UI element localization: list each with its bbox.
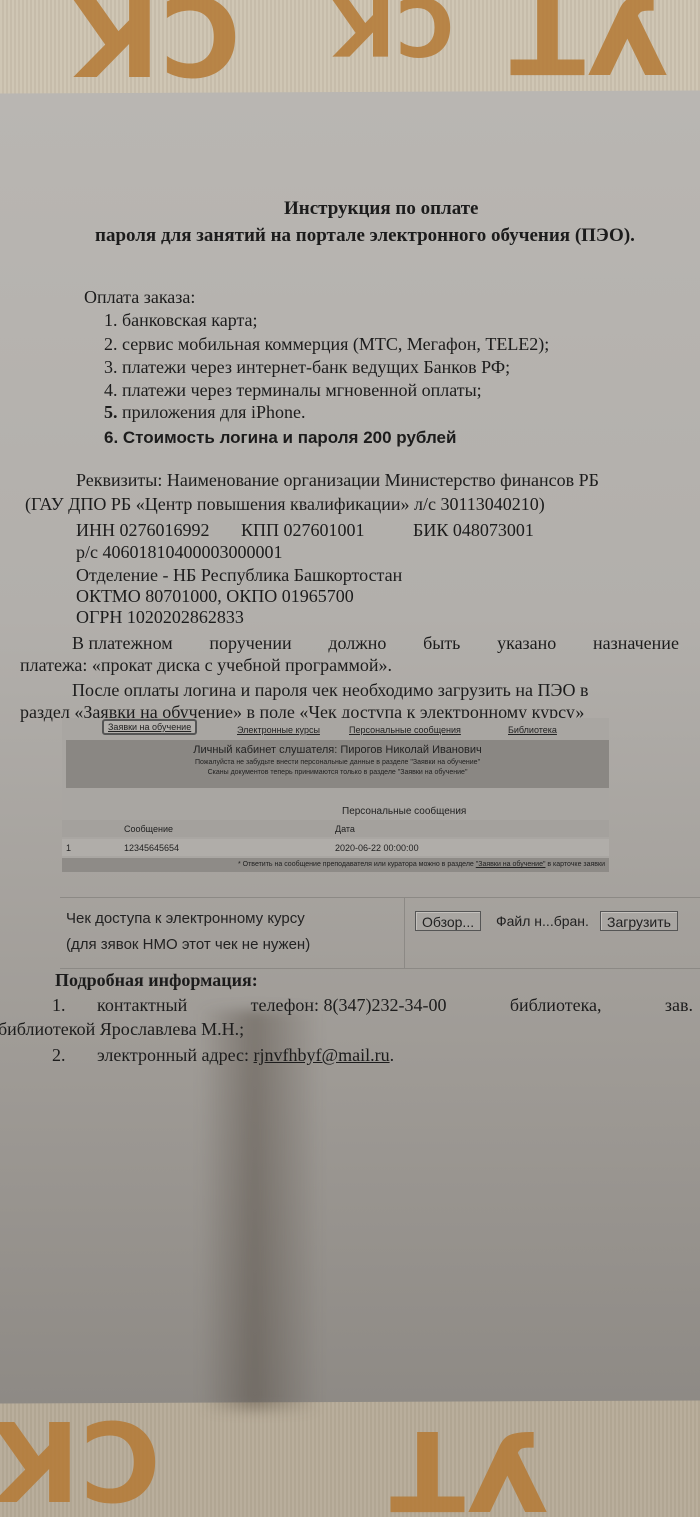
message-date: 2020-06-22 00:00:00 bbox=[335, 843, 419, 853]
punctuation: . bbox=[390, 1045, 395, 1065]
item-number: 2. bbox=[52, 1045, 66, 1066]
email-label: электронный адрес: bbox=[97, 1045, 254, 1065]
stencil-letters: СК bbox=[330, 0, 454, 65]
payment-option: 5. приложения для iPhone. bbox=[104, 402, 305, 423]
kpp: КПП 027601001 bbox=[241, 520, 365, 541]
bank-branch: Отделение - НБ Республика Башкортостан bbox=[76, 565, 402, 586]
bik: БИК 048073001 bbox=[413, 520, 534, 541]
contact-person: библиотекой Ярославлева М.Н.; bbox=[0, 1019, 244, 1040]
word: зав. bbox=[665, 995, 693, 1016]
requisites-line: Реквизиты: Наименование организации Мини… bbox=[76, 470, 599, 491]
messages-title: Персональные сообщения bbox=[342, 806, 466, 817]
notice: Пожалуйста не забудьте внести персональн… bbox=[66, 759, 609, 766]
nav-applications[interactable]: Заявки на обучение bbox=[102, 719, 197, 735]
word: библиотека, bbox=[510, 995, 602, 1016]
footnote-text: * Ответить на сообщение преподавателя ил… bbox=[238, 861, 605, 868]
document-title: Инструкция по оплате bbox=[284, 198, 479, 220]
payment-option-label: приложения для iPhone. bbox=[122, 402, 305, 422]
footnote: * Ответить на сообщение преподавателя ил… bbox=[62, 858, 609, 872]
payment-option: 2. сервис мобильная коммерция (МТС, Мега… bbox=[104, 334, 549, 355]
upload-button[interactable]: Загрузить bbox=[600, 911, 678, 931]
word: В платежном bbox=[72, 633, 173, 654]
message-text: 12345645654 bbox=[124, 843, 179, 853]
inn: ИНН 0276016992 bbox=[76, 520, 210, 541]
requisites-line: (ГАУ ДПО РБ «Центр повышения квалификаци… bbox=[25, 494, 545, 515]
browse-button[interactable]: Обзор... bbox=[415, 911, 481, 931]
cabinet-banner: Личный кабинет слушателя: Пирогов Никола… bbox=[66, 740, 609, 788]
word: быть bbox=[423, 633, 460, 654]
portal-nav: Заявки на обучение Электронные курсы Пер… bbox=[62, 718, 609, 740]
word: поручении bbox=[209, 633, 291, 654]
contact-email-line: электронный адрес: rjnvfhbyf@mail.ru. bbox=[97, 1045, 394, 1066]
footnote-link[interactable]: "Заявки на обучение" bbox=[476, 861, 546, 868]
details-heading: Подробная информация: bbox=[55, 970, 258, 991]
item-number: 1. bbox=[52, 995, 66, 1016]
hand-shadow bbox=[200, 1010, 320, 1410]
stencil-letters: УТ bbox=[510, 0, 670, 88]
nav-personal-messages[interactable]: Персональные сообщения bbox=[349, 725, 461, 735]
word: контактный bbox=[97, 995, 187, 1016]
payment-purpose: платежа: «прокат диска с учебной програм… bbox=[20, 655, 392, 676]
word: должно bbox=[328, 633, 386, 654]
bank-account: р/с 40601810400003000001 bbox=[76, 542, 283, 563]
document-subtitle: пароля для занятий на портале электронно… bbox=[95, 225, 635, 247]
price-note: 6. Стоимость логина и пароля 200 рублей bbox=[104, 428, 456, 448]
stencil-letters: СК bbox=[0, 1405, 161, 1515]
contact-phone-line: контактный телефон: 8(347)232-34-00 библ… bbox=[97, 995, 693, 1016]
payment-purpose-line: В платежном поручении должно быть указан… bbox=[72, 633, 679, 654]
receipt-upload-form: Чек доступа к электронному курсу (для зя… bbox=[60, 897, 700, 969]
upload-instruction: После оплаты логина и пароля чек необход… bbox=[72, 680, 589, 701]
portal-screenshot: Заявки на обучение Электронные курсы Пер… bbox=[62, 718, 609, 872]
fabric-background-top: СК СК УТ bbox=[0, 0, 700, 100]
cabinet-title: Личный кабинет слушателя: Пирогов Никола… bbox=[66, 744, 609, 756]
file-status: Файл н...бран. bbox=[496, 913, 589, 929]
table-row[interactable]: 1 12345645654 2020-06-22 00:00:00 bbox=[62, 839, 609, 856]
email-link[interactable]: rjnvfhbyf@mail.ru bbox=[254, 1045, 390, 1065]
oktmo-okpo: ОКТМО 80701000, ОКПО 01965700 bbox=[76, 586, 354, 607]
ogrn: ОГРН 1020202862833 bbox=[76, 607, 244, 628]
fabric-background-bottom: СК УТ bbox=[0, 1395, 700, 1517]
column-divider bbox=[404, 898, 405, 968]
payment-option: 4. платежи через терминалы мгновенной оп… bbox=[104, 380, 482, 401]
word: указано bbox=[497, 633, 556, 654]
nav-library[interactable]: Библиотека bbox=[508, 725, 557, 735]
row-number: 1 bbox=[66, 843, 71, 853]
word: назначение bbox=[593, 633, 679, 654]
messages-table-header: Сообщение Дата bbox=[62, 820, 609, 837]
stencil-letters: СК bbox=[70, 0, 241, 90]
payment-option: 3. платежи через интернет-банк ведущих Б… bbox=[104, 357, 510, 378]
phone-number: телефон: 8(347)232-34-00 bbox=[251, 995, 447, 1016]
upload-label: Чек доступа к электронному курсу bbox=[66, 910, 305, 927]
payment-option: 1. банковская карта; bbox=[104, 310, 258, 331]
upload-hint: (для зявок НМО этот чек не нужен) bbox=[66, 936, 310, 953]
column-header: Сообщение bbox=[124, 824, 173, 834]
payment-heading: Оплата заказа: bbox=[84, 287, 195, 308]
column-header: Дата bbox=[335, 824, 355, 834]
item-number: 5. bbox=[104, 402, 118, 422]
nav-e-courses[interactable]: Электронные курсы bbox=[237, 725, 320, 735]
notice: Сканы документов теперь принимаются толь… bbox=[66, 769, 609, 776]
stencil-letters: УТ bbox=[390, 1415, 550, 1517]
